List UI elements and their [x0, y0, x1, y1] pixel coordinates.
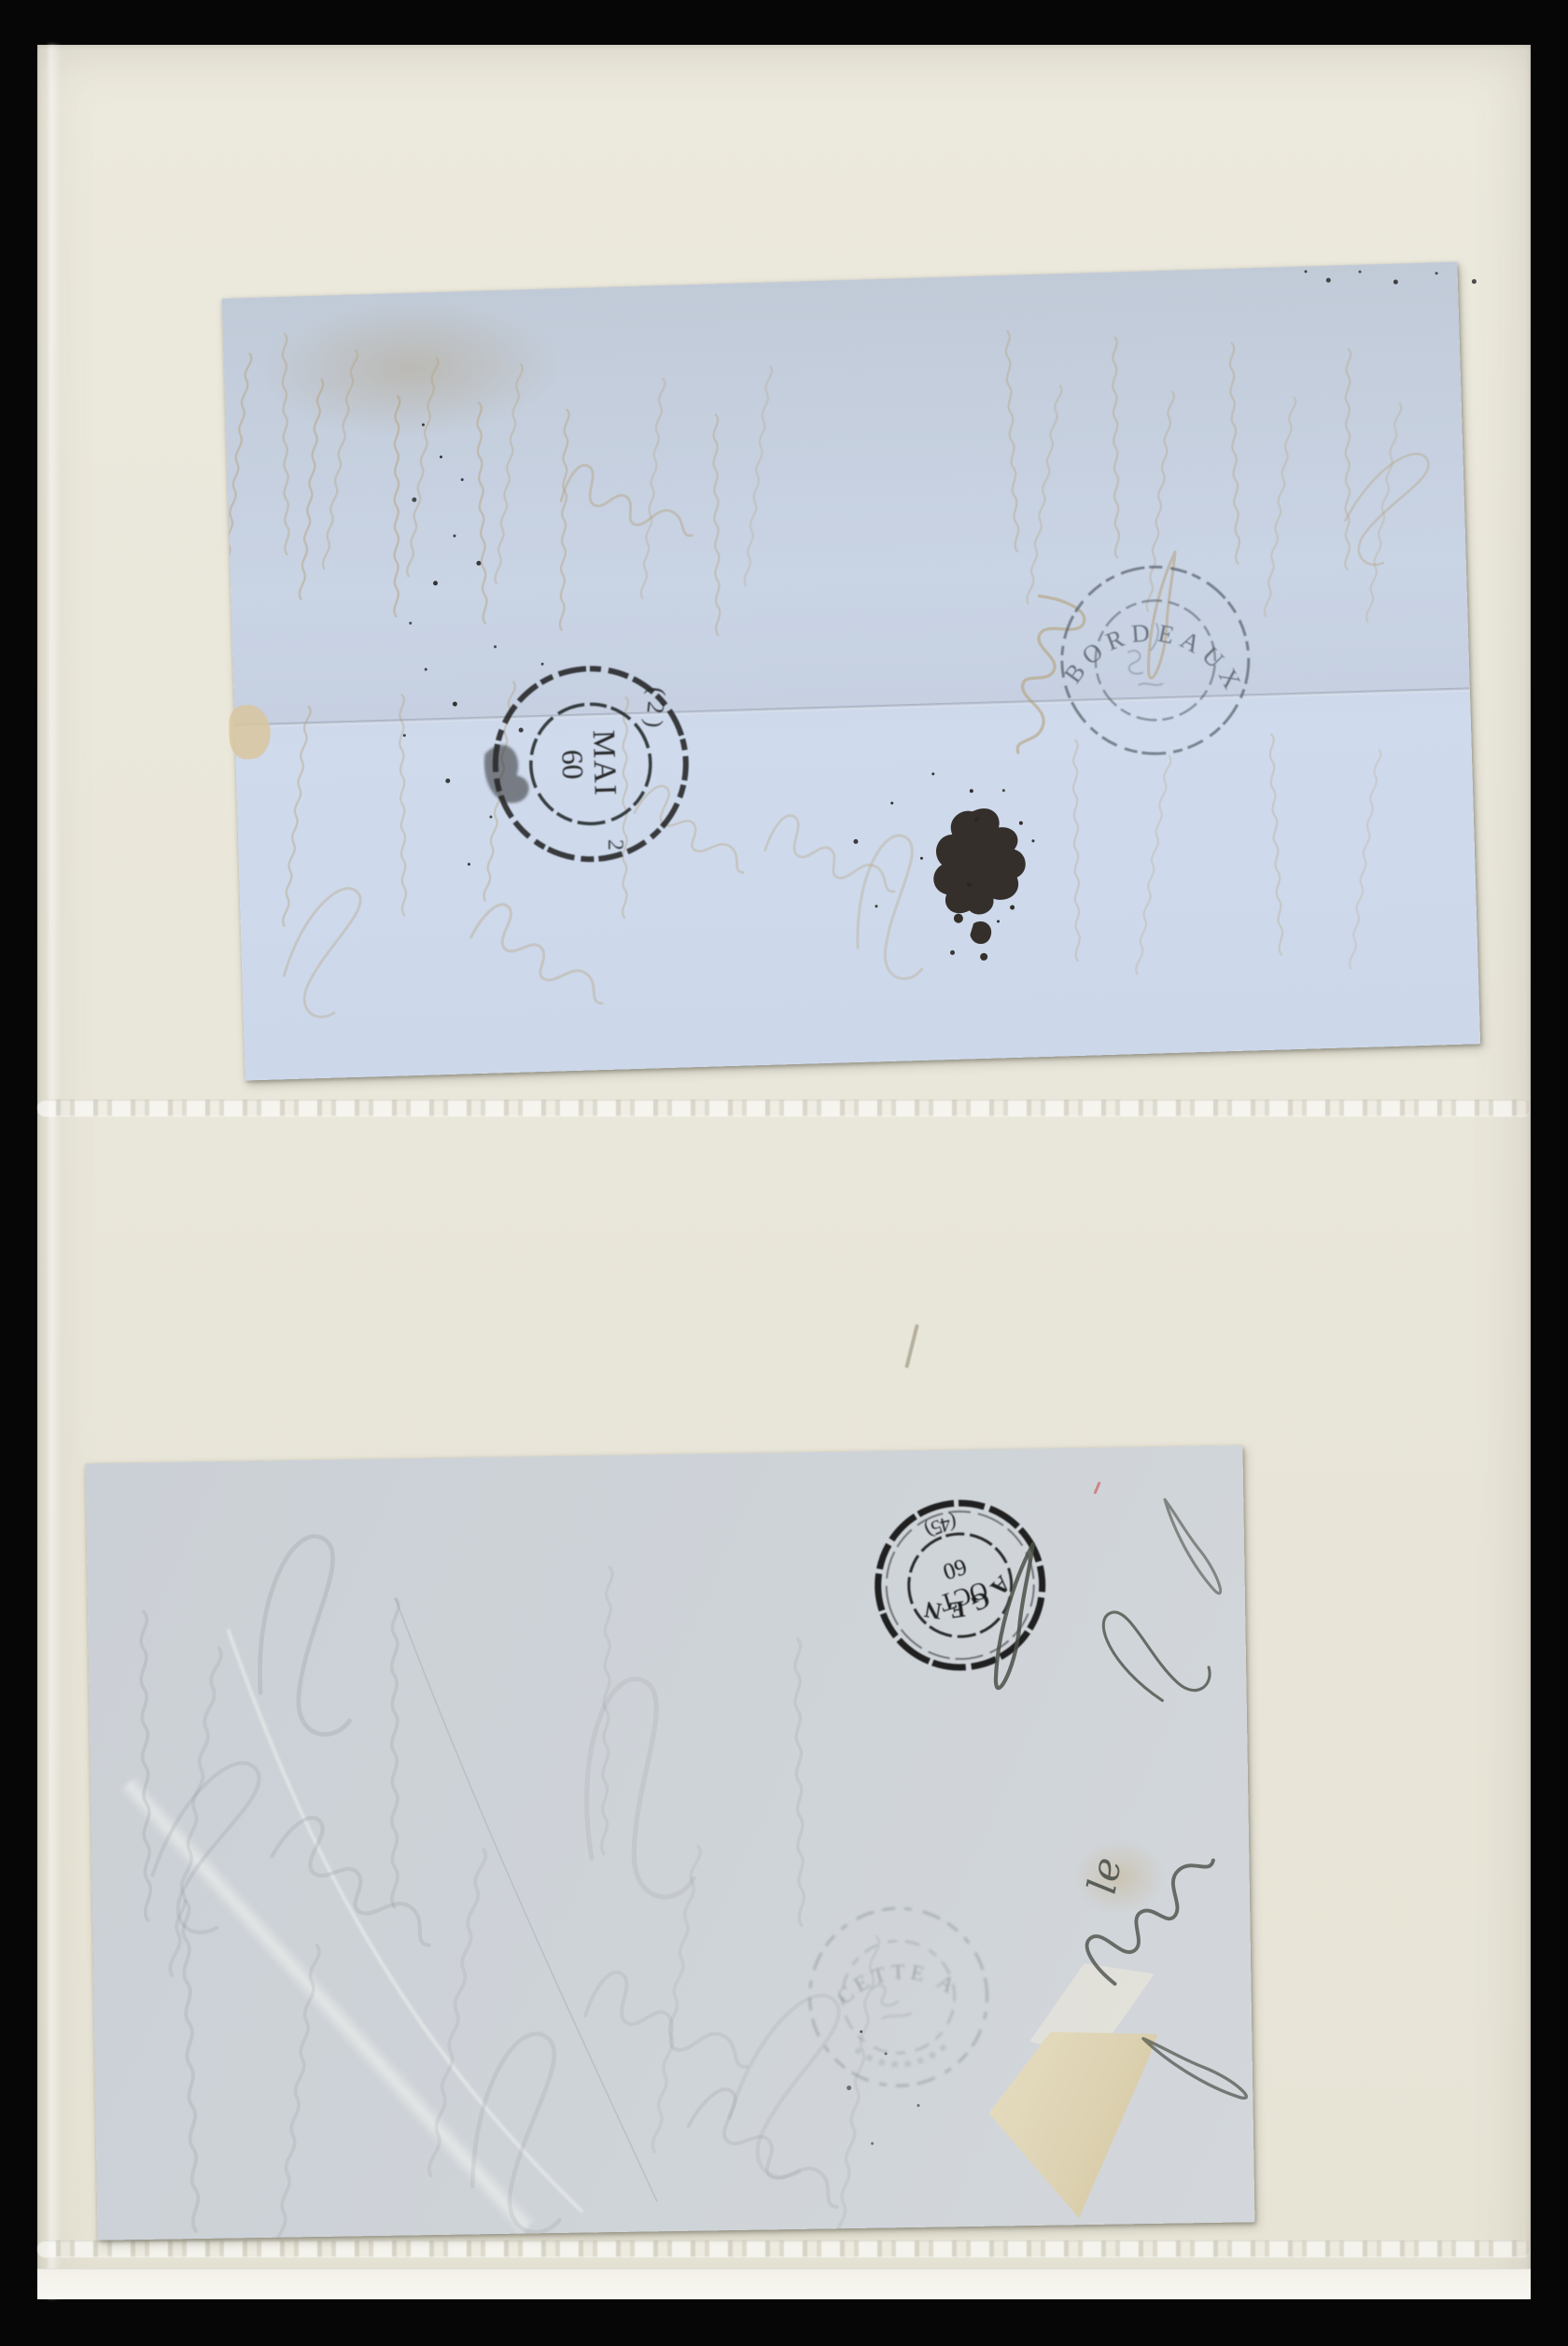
postmark-outer-ring [803, 1901, 995, 2093]
sleeve-seam-top-pocket [37, 1100, 1531, 1117]
postmark-cds-mai-60: MAI 60 ( 2 ) 2 [475, 648, 707, 879]
album-sleeve-page: MAI 60 ( 2 ) 2 BORDEAUX [37, 45, 1531, 2298]
sleeve-bottom-edge [37, 2269, 1531, 2299]
toning-stain-right [1071, 1839, 1166, 1916]
postmark-cds-bordeaux: BORDEAUX [1045, 550, 1266, 770]
ink-specks-left [422, 423, 425, 426]
postmark-index-digit: 2 [603, 839, 627, 850]
postmark-illegible-bottom [856, 2042, 950, 2069]
top-cover-letter-back: MAI 60 ( 2 ) 2 BORDEAUX [222, 262, 1480, 1081]
bottom-cover-letter-back: AGEN (45) OCT 60 CETTE A [86, 1445, 1255, 2240]
svg-text:(45): (45) [920, 1510, 962, 1544]
postmark-illegible-date [871, 1983, 911, 2020]
crease-streak [119, 1775, 536, 2236]
ink-blot [882, 738, 1075, 967]
postmark-city: BORDEAUX [1057, 611, 1254, 701]
postmark-cds-cette-transit: CETTE A [797, 1896, 999, 2098]
ink-specks-top-right [1304, 270, 1307, 273]
postmark-smudge [483, 743, 530, 805]
svg-text:BORDEAUX: BORDEAUX [1057, 611, 1254, 701]
postmark-dept-number: (45) [920, 1510, 962, 1544]
sleeve-seam-bottom-pocket [37, 2241, 1531, 2257]
wafer-seal-remnant [987, 2030, 1160, 2220]
photo-frame: MAI 60 ( 2 ) 2 BORDEAUX [0, 0, 1568, 2346]
postmark-year: 60 [940, 1553, 970, 1584]
postmark-dept-number: ( 2 ) [640, 686, 671, 729]
postmark-month: MAI [586, 729, 623, 797]
postmark-cds-agen: AGEN (45) OCT 60 [848, 1473, 1071, 1696]
red-crayon-trace [1093, 1482, 1100, 1495]
ink-specks-center [890, 802, 893, 805]
postmark-year: 60 [555, 749, 590, 780]
pen-slash-mark [904, 1324, 918, 1369]
sleeve-left-edge [49, 45, 62, 2298]
